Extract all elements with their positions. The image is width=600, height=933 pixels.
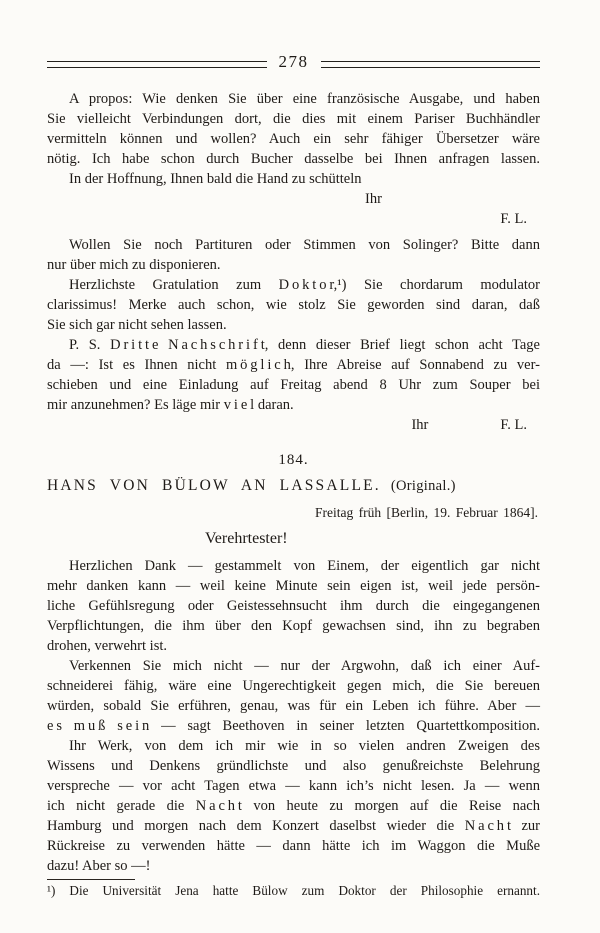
text-line: Sie vielleicht Verbindungen dort, die di… [47, 109, 540, 129]
text-line: Wissens und Denkens gründlichste und als… [47, 756, 540, 776]
text-line: vermitteln können und wollen? Auch ein s… [47, 129, 540, 149]
text-line: mehr danken kann — weil keine Minute sei… [47, 576, 540, 596]
text-line: In der Hoffnung, Ihnen bald die Hand zu … [47, 169, 540, 189]
text-line: schieben und eine Einladung auf Freitag … [47, 375, 540, 395]
text-line: Wollen Sie noch Partituren oder Stimmen … [47, 235, 540, 255]
paragraph-gratulation: Herzlichste Gratulation zum D o k t o r,… [47, 275, 540, 335]
text-line: clarissimus! Merke auch schon, wie stolz… [47, 295, 540, 315]
text-line: drohen, verwehrt ist. [47, 636, 540, 656]
book-page: 278 A propos: Wie denken Sie über eine f… [0, 0, 600, 933]
head-rule-left [47, 61, 267, 68]
signoff-ihr: Ihr [411, 415, 428, 435]
salutation: Verehrtester! [47, 529, 540, 549]
text-line: Herzlichste Gratulation zum D o k t o r,… [47, 275, 540, 295]
signoff-initials: F. L. [47, 209, 540, 229]
page-content: A propos: Wie denken Sie über eine franz… [0, 89, 600, 900]
text-line: verspreche — vor acht Tagen etwa — kann … [47, 776, 540, 796]
page-number: 278 [279, 52, 309, 72]
text-line: nur über mich zu disponieren. [47, 255, 540, 275]
text-line: nötig. Ich habe schon durch Bucher dasse… [47, 149, 540, 169]
footnote-text: ¹) Die Universität Jena hatte Bülow zum … [47, 882, 540, 900]
paragraph-partituren: Wollen Sie noch Partituren oder Stimmen … [47, 235, 540, 275]
text-line: Verkennen Sie mich nicht — nur der Argwo… [47, 656, 540, 676]
text-line: dazu! Aber so —! [47, 856, 540, 876]
text-line: A propos: Wie denken Sie über eine franz… [47, 89, 540, 109]
text-line: schneiderei fähig, wäre eine Ungerechtig… [47, 676, 540, 696]
text-line: Sie sich gar nicht sehen lassen. [47, 315, 540, 335]
signoff-2: Ihr F. L. [47, 415, 540, 435]
paragraph-ihr-werk: Ihr Werk, von dem ich mir wie in so viel… [47, 736, 540, 876]
running-head: 278 [0, 0, 600, 74]
paragraph-verkennen: Verkennen Sie mich nicht — nur der Argwo… [47, 656, 540, 736]
head-rule-right [321, 61, 541, 68]
paragraph-herzlichen-dank: Herzlichen Dank — gestammelt von Einem, … [47, 556, 540, 656]
letter-heading-original: (Original.) [391, 478, 456, 494]
text-line: P. S. D r i t t e N a c h s c h r i f t,… [47, 335, 540, 355]
text-line: Verpflichtungen, die ihm über den Kopf g… [47, 616, 540, 636]
text-line: da —: Ist es Ihnen nicht m ö g l i c h, … [47, 355, 540, 375]
letter-heading-names: HANS VON BÜLOW AN LASSALLE. [47, 477, 381, 494]
letter-heading: HANS VON BÜLOW AN LASSALLE.(Original.) [47, 475, 540, 497]
signoff-1: Ihr F. L. [47, 189, 540, 229]
text-line: ich nicht gerade die N a c h t von heute… [47, 796, 540, 816]
signoff-initials: F. L. [500, 415, 527, 435]
paragraph-apropos: A propos: Wie denken Sie über eine franz… [47, 89, 540, 169]
text-line: e s m u ß s e i n — sagt Beethoven in se… [47, 716, 540, 736]
text-line: mir anzunehmen? Es läge mir v i e l dara… [47, 395, 540, 415]
letter-number: 184. [47, 450, 540, 470]
paragraph-hoffnung: In der Hoffnung, Ihnen bald die Hand zu … [47, 169, 540, 189]
footnote-separator [47, 879, 135, 880]
text-line: Hamburg und morgen nach dem Konzert dase… [47, 816, 540, 836]
paragraph-nachschrift: P. S. D r i t t e N a c h s c h r i f t,… [47, 335, 540, 415]
text-line: liche Gefühlsregung oder Geistessehnsuch… [47, 596, 540, 616]
text-line: würden, sobald Sie erführen, genau, was … [47, 696, 540, 716]
text-line: Ihr Werk, von dem ich mir wie in so viel… [47, 736, 540, 756]
text-line: Herzlichen Dank — gestammelt von Einem, … [47, 556, 540, 576]
dateline: Freitag früh [Berlin, 19. Februar 1864]. [47, 504, 540, 522]
text-line: Rückreise zu verwenden hätte — dann hätt… [47, 836, 540, 856]
signoff-ihr: Ihr [47, 189, 540, 209]
